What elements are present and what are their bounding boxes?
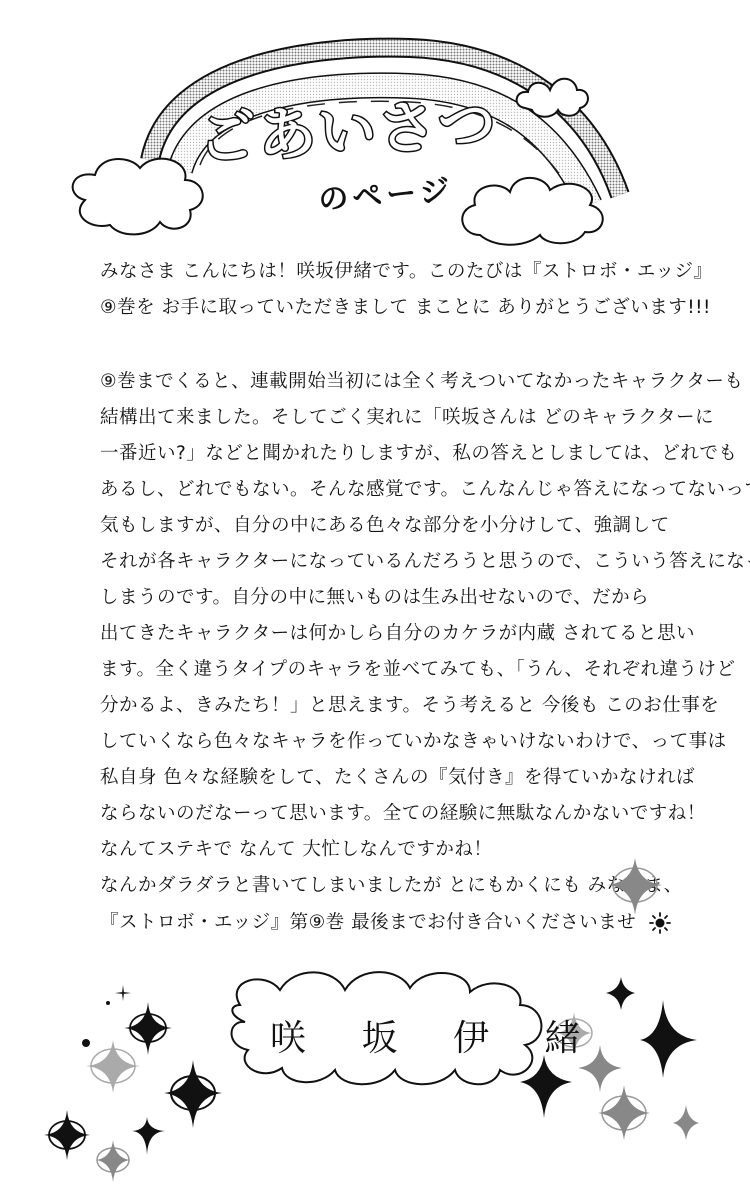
- signature-area: [0, 960, 750, 1200]
- cloud-icon: [462, 178, 602, 245]
- greeting-line: みなさま こんにちは！咲坂伊緒です。このたびは『ストロボ・エッジ』: [100, 262, 660, 298]
- message-line: ⑨巻までくると、連載開始当初には全く考えついてなかったキャラクターも: [100, 372, 660, 408]
- message-line: 気もしますが、自分の中にある色々な部分を小分けして、強調して: [100, 516, 660, 552]
- message-line: ます。全く違うタイプのキャラを並べてみても、「うん、それぞれ違うけど: [100, 660, 660, 696]
- greeting-line: ⑨巻を お手に取っていただきまして まことに ありがとうございます!!!: [100, 298, 660, 334]
- message-line: しまうのです。自分の中に無いものは生み出せないので、だから: [100, 588, 660, 624]
- message-line: なんてステキで なんて 大忙しなんですかね！: [100, 840, 660, 876]
- sparkle-icon: [600, 850, 670, 920]
- message-line: 結構出て来ました。そしてごく実れに「咲坂さんは どのキャラクターに: [100, 408, 660, 444]
- message-line: あるし、どれでもない。そんな感覚です。こんなんじゃ答えになってないって: [100, 480, 660, 516]
- message-line: なんかダラダラと書いてしまいましたが とにもかくにも みなさま、: [100, 876, 660, 912]
- page-title: ごあいさつ: [196, 76, 500, 176]
- message-line: 『ストロボ・エッジ』第⑨巻 最後までお付き合いくださいませ: [100, 912, 636, 933]
- message-line: 出てきたキャラクターは何かしら自分のカケラが内蔵 されてると思い: [100, 624, 660, 660]
- header-illustration: ごあいさつ のページ: [0, 0, 750, 250]
- page-subtitle: のページ: [317, 165, 455, 218]
- author-signature: 咲 坂 伊 緒: [270, 1010, 602, 1061]
- message-line: 私自身 色々な経験をして、たくさんの『気付き』を得ていかなければ: [100, 768, 660, 804]
- sparkle-icon: [44, 985, 222, 1182]
- greeting-body: みなさま こんにちは！咲坂伊緒です。このたびは『ストロボ・エッジ』 ⑨巻を お手…: [100, 262, 660, 948]
- message-line: 一番近い?」などと聞かれたりしますが、私の答えとしましては、どれでも: [100, 444, 660, 480]
- message-closing-line: 『ストロボ・エッジ』第⑨巻 最後までお付き合いくださいませ: [100, 912, 660, 948]
- message-line: 分かるよ、きみたち！」と思えます。そう考えると 今後も このお仕事を: [100, 696, 660, 732]
- message-line: していくなら色々なキャラを作っていかなきゃいけないわけで、って事は: [100, 732, 660, 768]
- cloud-icon: [73, 159, 203, 235]
- message-line: ならないのだなーって思います。全ての経験に無駄なんかないですね！: [100, 804, 660, 840]
- message-line: それが各キャラクターになっているんだろうと思うので、こういう答えになって: [100, 552, 660, 588]
